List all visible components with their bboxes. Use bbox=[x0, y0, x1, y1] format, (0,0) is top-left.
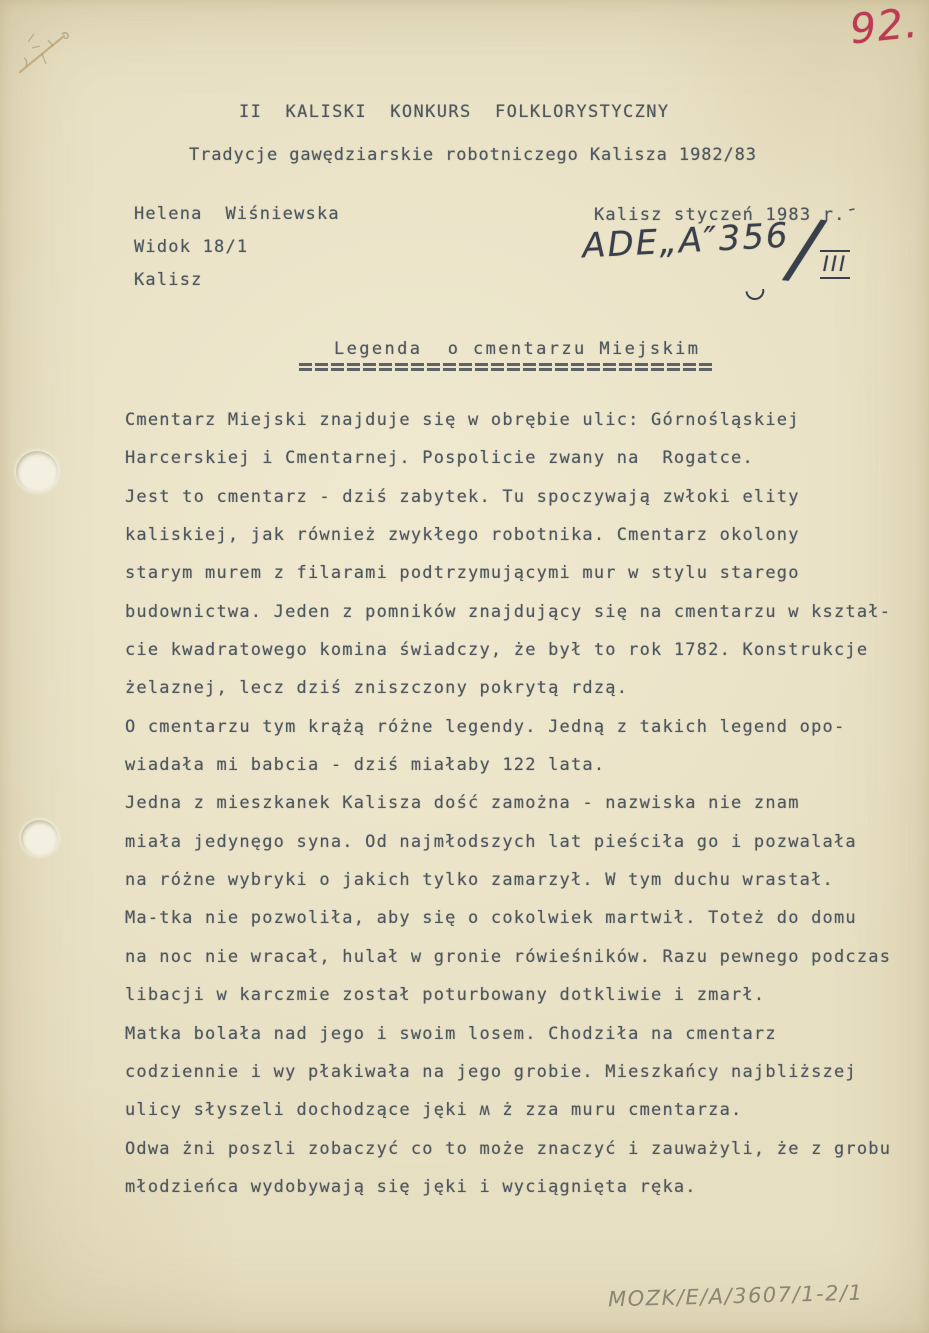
body-line: Jedna z mieszkanek Kalisza dość zamożna … bbox=[125, 784, 891, 822]
punch-hole-top bbox=[16, 451, 58, 492]
archive-ref-flourish bbox=[745, 289, 765, 302]
body-line: Cmentarz Miejski znajduje się w obrębie … bbox=[125, 401, 891, 439]
body-line: młodzieńca wydobywają się jęki i wyciągn… bbox=[125, 1168, 891, 1206]
body-line: Odwa żni poszli zobaczyć co to może znac… bbox=[125, 1130, 891, 1168]
author-name: Helena Wiśniewska bbox=[134, 204, 340, 224]
body-line: ulicy słyszeli dochodzące jęki ʍ ż zza m… bbox=[125, 1091, 891, 1129]
body-line: O cmentarzu tym krążą różne legendy. Jed… bbox=[125, 708, 891, 746]
handwritten-archive-ref: ADE„A″356/III bbox=[582, 216, 850, 282]
pencil-scribble bbox=[2, 14, 92, 94]
body-line: codziennie i wy płakiwała na jego grobie… bbox=[125, 1053, 891, 1091]
body-line: kaliskiej, jak również zwykłego robotnik… bbox=[125, 516, 891, 554]
body-line: na różne wybryki o jakich tylko zamarzył… bbox=[125, 861, 891, 899]
story-body: Cmentarz Miejski znajduje się w obrębie … bbox=[125, 401, 891, 1206]
body-line: Harcerskiej i Cmentarnej. Pospolicie zwa… bbox=[125, 439, 891, 477]
scanned-document-page: 92. II KALISKI KONKURS FOLKLORYSTYCZNY T… bbox=[0, 0, 929, 1333]
body-line: Matka bolała nad jego i swoim losem. Cho… bbox=[125, 1015, 891, 1053]
body-line: Ma-tka nie pozwoliła, aby się o cokolwie… bbox=[125, 899, 891, 937]
author-city: Kalisz bbox=[134, 270, 203, 290]
author-street: Widok 18/1 bbox=[134, 237, 248, 257]
archive-ref-text: ADE„A″356 bbox=[581, 211, 790, 264]
catalog-number: MOZK/E/A/3607/1-2/1 bbox=[608, 1281, 864, 1312]
body-line: żelaznej, lecz dziś zniszczony pokrytą r… bbox=[125, 669, 891, 707]
body-line: miała jedynęgo syna. Od najmłodszych lat… bbox=[125, 823, 891, 861]
body-line: wiadała mi babcia - dziś miałaby 122 lat… bbox=[125, 746, 891, 784]
story-heading: Legenda o cmentarzu Miejskim bbox=[334, 339, 700, 359]
body-line: starym murem z filarami podtrzymującymi … bbox=[125, 554, 891, 592]
heading-underline bbox=[299, 362, 714, 372]
body-line: cie kwadratowego komina świadczy, że był… bbox=[125, 631, 891, 669]
contest-subtitle: Tradycje gawędziarskie robotniczego Kali… bbox=[189, 145, 757, 165]
body-line: libacji w karczmie został poturbowany do… bbox=[125, 976, 891, 1014]
archive-ref-roman-numeral: III bbox=[820, 250, 851, 279]
archive-ref-slash: / bbox=[788, 215, 821, 284]
punch-hole-bottom bbox=[21, 820, 58, 856]
handwritten-page-number: 92. bbox=[848, 0, 921, 53]
body-line: na noc nie wracał, hulał w gronie rówieś… bbox=[125, 938, 891, 976]
contest-title: II KALISKI KONKURS FOLKLORYSTYCZNY bbox=[239, 102, 670, 122]
body-line: budownictwa. Jeden z pomników znajdujący… bbox=[125, 593, 891, 631]
body-line: Jest to cmentarz - dziś zabytek. Tu spoc… bbox=[125, 478, 891, 516]
